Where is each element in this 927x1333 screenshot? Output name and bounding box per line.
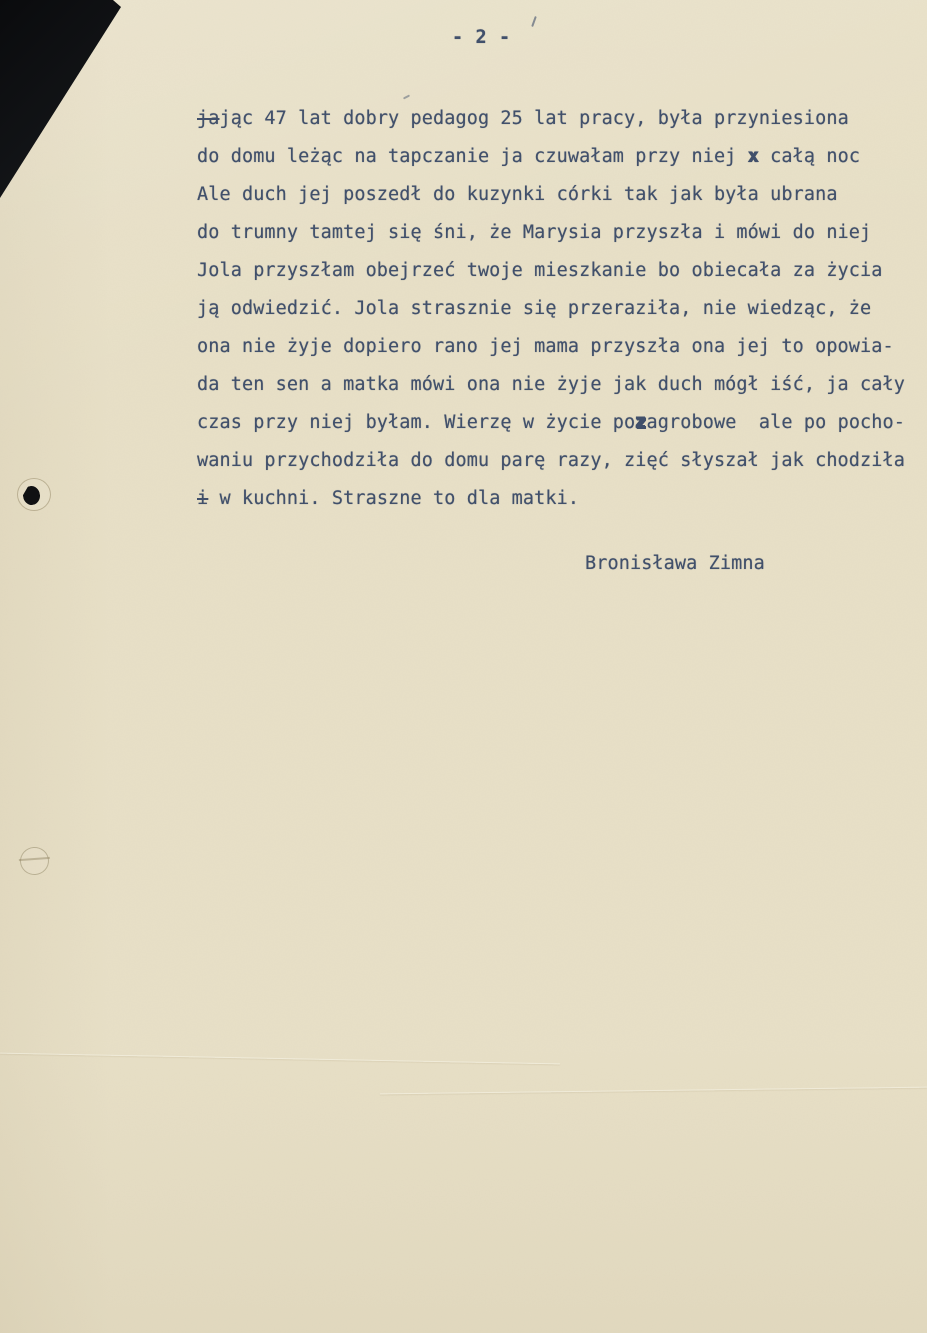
letter-line: i w kuchni. Straszne to dla matki. [197,480,919,518]
scanned-letter-page: - 2 - jając 47 lat dobry pedagog 25 lat … [0,0,927,1333]
signature: Bronisława Zimna [585,545,765,583]
text-segment: do trumny tamtej się śni, że Marysia prz… [197,222,871,243]
text-segment: ona nie żyje dopiero rano jej mama przys… [197,336,894,357]
text-segment: ja [197,108,219,129]
letter-line: ją odwiedzić. Jola strasznie się przeraz… [197,290,919,328]
text-segment: jąc 47 lat dobry pedagog 25 lat pracy, b… [219,108,848,129]
stray-ink-mark [531,16,537,27]
text-segment: w kuchni. Straszne to dla matki. [208,488,579,509]
text-segment: agrobowe ale po pocho- [647,412,905,433]
text-segment: czas przy niej byłam. Wierzę w życie po [197,412,635,433]
stray-accent-mark [403,94,410,99]
paper-crease [380,1087,927,1095]
letter-line: jając 47 lat dobry pedagog 25 lat pracy,… [197,100,919,138]
letter-line: da ten sen a matka mówi ona nie żyje jak… [197,366,919,404]
letter-line: do domu leżąc na tapczanie ja czuwałam p… [197,138,919,176]
text-segment: Jola przyszłam obejrzeć twoje mieszkanie… [197,260,883,281]
letter-line: Ale duch jej poszedł do kuzynki córki ta… [197,176,919,214]
text-segment: ją odwiedzić. Jola strasznie się przeraz… [197,298,871,319]
text-segment: całą noc [759,146,860,167]
text-segment: do domu leżąc na tapczanie ja czuwałam p… [197,146,748,167]
page-number: - 2 - [452,19,511,57]
text-segment: da ten sen a matka mówi ona nie żyje jak… [197,374,905,395]
letter-line: waniu przychodziła do domu parę razy, zi… [197,442,919,480]
embossed-punch-mark [19,846,50,876]
letter-line: Jola przyszłam obejrzeć twoje mieszkanie… [197,252,919,290]
paper-crease [0,1053,560,1065]
text-segment: waniu przychodziła do domu parę razy, zi… [197,450,905,471]
scan-background-corner [0,0,125,215]
text-segment: i [197,488,208,509]
letter-line: ona nie żyje dopiero rano jej mama przys… [197,328,919,366]
text-segment: Ale duch jej poszedł do kuzynki córki ta… [197,184,838,205]
letter-line: czas przy niej byłam. Wierzę w życie poz… [197,404,919,442]
letter-body: jając 47 lat dobry pedagog 25 lat pracy,… [197,100,919,518]
text-segment: x [748,146,759,167]
text-segment: z [635,412,646,433]
letter-line: do trumny tamtej się śni, że Marysia prz… [197,214,919,252]
